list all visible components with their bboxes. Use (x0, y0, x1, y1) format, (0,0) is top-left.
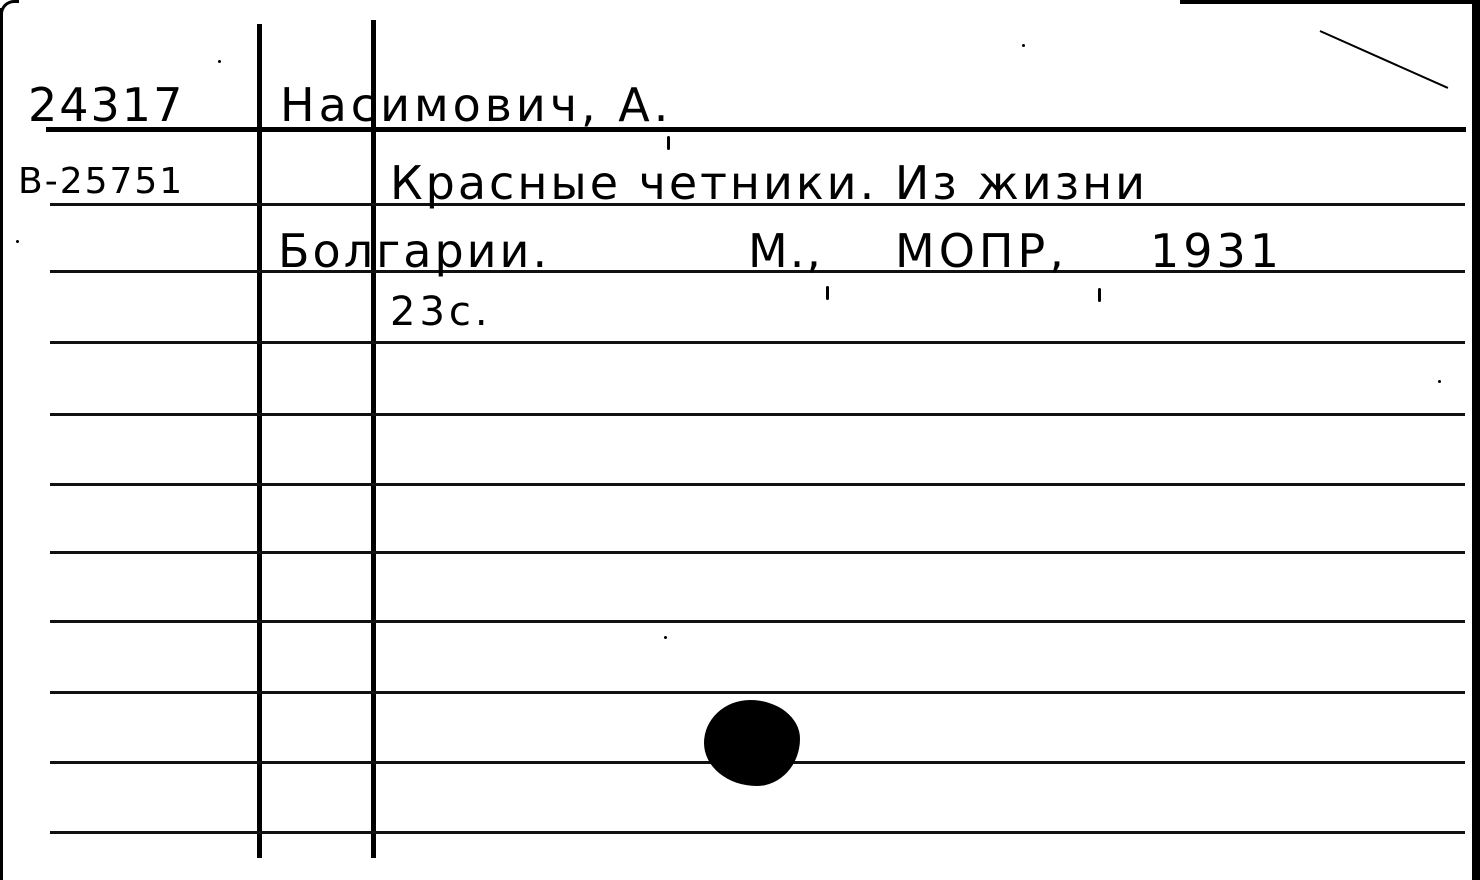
column-rule-right (371, 20, 376, 858)
ruled-line-8 (50, 620, 1465, 623)
speck (1438, 380, 1441, 383)
inventory-number: 24317 (28, 82, 184, 128)
ink-mark (1098, 288, 1101, 302)
column-rule-left (257, 24, 262, 858)
ruled-line-11 (50, 831, 1465, 834)
ink-mark (826, 286, 829, 300)
ruled-line-4 (50, 341, 1465, 344)
title-line-2: Болгарии. (278, 228, 550, 274)
scratch-mark (1320, 30, 1449, 89)
imprint-publisher: МОПР, (895, 228, 1068, 274)
catalog-card: 24317 В-25751 Насимович, А. Красные четн… (0, 0, 1480, 880)
ruled-line-9 (50, 691, 1465, 694)
speck (16, 240, 19, 243)
speck (664, 636, 667, 639)
page-count: 23с. (390, 292, 492, 332)
author-name: Насимович, А. (280, 82, 672, 128)
title-line-1: Красные четники. Из жизни (390, 160, 1148, 206)
shelf-mark: В-25751 (18, 164, 184, 200)
ruled-line-1 (46, 127, 1466, 132)
ink-mark (667, 136, 670, 150)
ruled-line-7 (50, 551, 1465, 554)
card-right-edge (1472, 0, 1480, 880)
imprint-year: 1931 (1150, 228, 1283, 274)
card-left-edge (0, 8, 3, 880)
ruled-line-6 (50, 483, 1465, 486)
punch-hole (704, 700, 800, 786)
speck (1022, 44, 1025, 47)
speck (218, 60, 221, 63)
ruled-line-5 (50, 413, 1465, 416)
card-top-edge (1180, 0, 1480, 4)
imprint-place: М., (748, 228, 823, 274)
